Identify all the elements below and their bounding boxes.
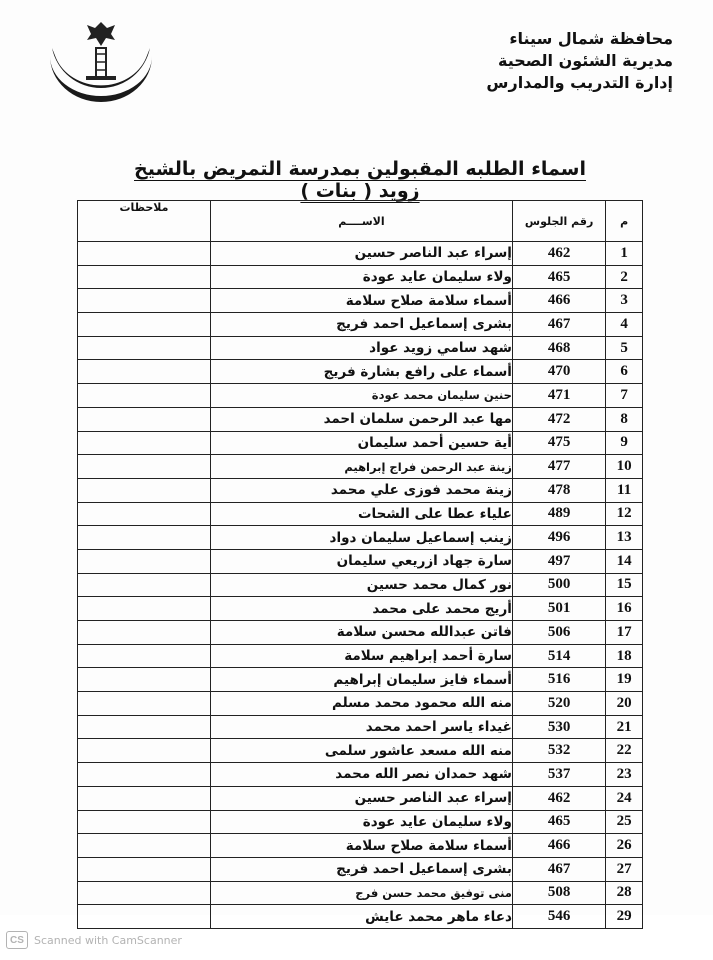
row-student-name: منه الله محمود محمد مسلم bbox=[210, 692, 512, 716]
row-seat-number: 537 bbox=[512, 763, 605, 787]
row-notes bbox=[78, 573, 211, 597]
row-index: 5 bbox=[606, 336, 643, 360]
table-row: 2465ولاء سليمان عايد عودة bbox=[78, 265, 643, 289]
row-student-name: شهد سامي زويد عواد bbox=[210, 336, 512, 360]
row-index: 3 bbox=[606, 289, 643, 313]
row-index: 24 bbox=[606, 786, 643, 810]
table-row: 23537شهد حمدان نصر الله محمد bbox=[78, 763, 643, 787]
row-index: 21 bbox=[606, 715, 643, 739]
row-notes bbox=[78, 857, 211, 881]
row-student-name: سارة جهاد ازريعي سليمان bbox=[210, 549, 512, 573]
header-notes: ملاحظات bbox=[78, 201, 211, 242]
table-row: 9475أية حسين أحمد سليمان bbox=[78, 431, 643, 455]
row-notes bbox=[78, 715, 211, 739]
row-notes bbox=[78, 644, 211, 668]
row-seat-number: 508 bbox=[512, 881, 605, 905]
row-student-name: أريج محمد على محمد bbox=[210, 597, 512, 621]
row-index: 15 bbox=[606, 573, 643, 597]
document-title: اسماء الطلبه المقبولين بمدرسة التمريض با… bbox=[130, 158, 590, 202]
row-notes bbox=[78, 881, 211, 905]
table-row: 27467بشرى إسماعيل احمد فريج bbox=[78, 857, 643, 881]
table-row: 1462إسراء عبد الناصر حسين bbox=[78, 242, 643, 266]
row-notes bbox=[78, 549, 211, 573]
row-student-name: غيداء ياسر احمد محمد bbox=[210, 715, 512, 739]
table-row: 3466أسماء سلامة صلاح سلامة bbox=[78, 289, 643, 313]
table-row: 14497سارة جهاد ازريعي سليمان bbox=[78, 549, 643, 573]
row-seat-number: 468 bbox=[512, 336, 605, 360]
row-index: 27 bbox=[606, 857, 643, 881]
row-student-name: نور كمال محمد حسين bbox=[210, 573, 512, 597]
table-body: 1462إسراء عبد الناصر حسين2465ولاء سليمان… bbox=[78, 242, 643, 929]
row-index: 29 bbox=[606, 905, 643, 929]
table-row: 4467بشرى إسماعيل احمد فريج bbox=[78, 313, 643, 337]
row-student-name: منه الله مسعد عاشور سلمى bbox=[210, 739, 512, 763]
camscanner-logo-icon: CS bbox=[6, 931, 28, 949]
row-seat-number: 520 bbox=[512, 692, 605, 716]
row-student-name: فاتن عبدالله محسن سلامة bbox=[210, 621, 512, 645]
row-notes bbox=[78, 407, 211, 431]
row-notes bbox=[78, 739, 211, 763]
table-row: 29546دعاء ماهر محمد عايش bbox=[78, 905, 643, 929]
row-seat-number: 514 bbox=[512, 644, 605, 668]
camscanner-watermark: CS Scanned with CamScanner bbox=[6, 931, 182, 949]
row-index: 28 bbox=[606, 881, 643, 905]
table-row: 21530غيداء ياسر احمد محمد bbox=[78, 715, 643, 739]
row-seat-number: 496 bbox=[512, 526, 605, 550]
table-row: 20520منه الله محمود محمد مسلم bbox=[78, 692, 643, 716]
row-seat-number: 467 bbox=[512, 313, 605, 337]
table-row: 12489علياء عطا على الشحات bbox=[78, 502, 643, 526]
row-student-name: علياء عطا على الشحات bbox=[210, 502, 512, 526]
table-row: 18514سارة أحمد إبراهيم سلامة bbox=[78, 644, 643, 668]
table-row: 19516أسماء فايز سليمان إبراهيم bbox=[78, 668, 643, 692]
row-notes bbox=[78, 763, 211, 787]
row-index: 11 bbox=[606, 478, 643, 502]
row-index: 22 bbox=[606, 739, 643, 763]
row-notes bbox=[78, 834, 211, 858]
row-index: 25 bbox=[606, 810, 643, 834]
table-row: 26466أسماء سلامة صلاح سلامة bbox=[78, 834, 643, 858]
row-index: 16 bbox=[606, 597, 643, 621]
governorate-emblem-icon bbox=[42, 18, 160, 106]
row-index: 26 bbox=[606, 834, 643, 858]
table-row: 17506فاتن عبدالله محسن سلامة bbox=[78, 621, 643, 645]
row-student-name: أسماء على رافع بشارة فريج bbox=[210, 360, 512, 384]
row-seat-number: 546 bbox=[512, 905, 605, 929]
row-index: 14 bbox=[606, 549, 643, 573]
row-student-name: سارة أحمد إبراهيم سلامة bbox=[210, 644, 512, 668]
table-row: 6470أسماء على رافع بشارة فريج bbox=[78, 360, 643, 384]
organization-header: محافظة شمال سيناء مديرية الشئون الصحية إ… bbox=[486, 28, 673, 94]
row-notes bbox=[78, 313, 211, 337]
row-student-name: حنين سليمان محمد عودة bbox=[210, 384, 512, 408]
row-student-name: أسماء سلامة صلاح سلامة bbox=[210, 834, 512, 858]
row-seat-number: 472 bbox=[512, 407, 605, 431]
row-index: 1 bbox=[606, 242, 643, 266]
row-index: 6 bbox=[606, 360, 643, 384]
row-index: 4 bbox=[606, 313, 643, 337]
row-seat-number: 475 bbox=[512, 431, 605, 455]
table-row: 10477زينة عبد الرحمن فراج إبراهيم bbox=[78, 455, 643, 479]
row-student-name: زينب إسماعيل سليمان دواد bbox=[210, 526, 512, 550]
row-notes bbox=[78, 289, 211, 313]
row-index: 2 bbox=[606, 265, 643, 289]
row-notes bbox=[78, 242, 211, 266]
row-index: 23 bbox=[606, 763, 643, 787]
row-student-name: بشرى إسماعيل احمد فريج bbox=[210, 857, 512, 881]
row-student-name: مها عبد الرحمن سلمان احمد bbox=[210, 407, 512, 431]
row-seat-number: 506 bbox=[512, 621, 605, 645]
row-notes bbox=[78, 905, 211, 929]
table-row: 28508منى توفيق محمد حسن فرج bbox=[78, 881, 643, 905]
row-notes bbox=[78, 810, 211, 834]
row-seat-number: 477 bbox=[512, 455, 605, 479]
row-index: 19 bbox=[606, 668, 643, 692]
org-department: إدارة التدريب والمدارس bbox=[486, 72, 673, 94]
row-seat-number: 497 bbox=[512, 549, 605, 573]
row-notes bbox=[78, 526, 211, 550]
row-seat-number: 467 bbox=[512, 857, 605, 881]
row-student-name: منى توفيق محمد حسن فرج bbox=[210, 881, 512, 905]
row-notes bbox=[78, 478, 211, 502]
row-notes bbox=[78, 621, 211, 645]
row-notes bbox=[78, 265, 211, 289]
table-row: 16501أريج محمد على محمد bbox=[78, 597, 643, 621]
accepted-students-table: م رقم الجلوس الاســــم ملاحظات 1462إسراء… bbox=[77, 200, 643, 929]
row-seat-number: 530 bbox=[512, 715, 605, 739]
table-header-row: م رقم الجلوس الاســــم ملاحظات bbox=[78, 201, 643, 242]
row-index: 18 bbox=[606, 644, 643, 668]
table-row: 11478زينة محمد فوزى علي محمد bbox=[78, 478, 643, 502]
row-seat-number: 489 bbox=[512, 502, 605, 526]
row-student-name: بشرى إسماعيل احمد فريج bbox=[210, 313, 512, 337]
row-notes bbox=[78, 668, 211, 692]
row-notes bbox=[78, 336, 211, 360]
row-index: 13 bbox=[606, 526, 643, 550]
row-student-name: إسراء عبد الناصر حسين bbox=[210, 786, 512, 810]
row-student-name: أسماء فايز سليمان إبراهيم bbox=[210, 668, 512, 692]
row-student-name: زينة محمد فوزى علي محمد bbox=[210, 478, 512, 502]
table-row: 25465ولاء سليمان عايد عودة bbox=[78, 810, 643, 834]
scanned-page: محافظة شمال سيناء مديرية الشئون الصحية إ… bbox=[0, 0, 713, 915]
row-notes bbox=[78, 786, 211, 810]
row-index: 20 bbox=[606, 692, 643, 716]
header-name: الاســــم bbox=[210, 201, 512, 242]
row-notes bbox=[78, 384, 211, 408]
row-student-name: أسماء سلامة صلاح سلامة bbox=[210, 289, 512, 313]
table-row: 8472مها عبد الرحمن سلمان احمد bbox=[78, 407, 643, 431]
row-seat-number: 466 bbox=[512, 834, 605, 858]
org-governorate: محافظة شمال سيناء bbox=[486, 28, 673, 50]
row-student-name: شهد حمدان نصر الله محمد bbox=[210, 763, 512, 787]
row-student-name: ولاء سليمان عايد عودة bbox=[210, 810, 512, 834]
row-notes bbox=[78, 502, 211, 526]
row-seat-number: 466 bbox=[512, 289, 605, 313]
table-row: 24462إسراء عبد الناصر حسين bbox=[78, 786, 643, 810]
row-index: 7 bbox=[606, 384, 643, 408]
row-index: 12 bbox=[606, 502, 643, 526]
org-directorate: مديرية الشئون الصحية bbox=[486, 50, 673, 72]
row-seat-number: 465 bbox=[512, 265, 605, 289]
row-notes bbox=[78, 455, 211, 479]
row-index: 8 bbox=[606, 407, 643, 431]
row-notes bbox=[78, 431, 211, 455]
table-row: 22532منه الله مسعد عاشور سلمى bbox=[78, 739, 643, 763]
row-student-name: أية حسين أحمد سليمان bbox=[210, 431, 512, 455]
row-seat-number: 471 bbox=[512, 384, 605, 408]
table-row: 7471حنين سليمان محمد عودة bbox=[78, 384, 643, 408]
row-seat-number: 500 bbox=[512, 573, 605, 597]
row-student-name: دعاء ماهر محمد عايش bbox=[210, 905, 512, 929]
row-seat-number: 516 bbox=[512, 668, 605, 692]
row-notes bbox=[78, 360, 211, 384]
row-student-name: إسراء عبد الناصر حسين bbox=[210, 242, 512, 266]
table-row: 5468شهد سامي زويد عواد bbox=[78, 336, 643, 360]
table-row: 15500نور كمال محمد حسين bbox=[78, 573, 643, 597]
row-seat-number: 478 bbox=[512, 478, 605, 502]
row-seat-number: 532 bbox=[512, 739, 605, 763]
header-seat-number: رقم الجلوس bbox=[512, 201, 605, 242]
row-notes bbox=[78, 597, 211, 621]
row-seat-number: 501 bbox=[512, 597, 605, 621]
row-student-name: ولاء سليمان عايد عودة bbox=[210, 265, 512, 289]
row-seat-number: 465 bbox=[512, 810, 605, 834]
header-index: م bbox=[606, 201, 643, 242]
row-notes bbox=[78, 692, 211, 716]
row-index: 9 bbox=[606, 431, 643, 455]
watermark-text: Scanned with CamScanner bbox=[34, 934, 182, 947]
row-index: 10 bbox=[606, 455, 643, 479]
row-seat-number: 470 bbox=[512, 360, 605, 384]
row-student-name: زينة عبد الرحمن فراج إبراهيم bbox=[210, 455, 512, 479]
row-index: 17 bbox=[606, 621, 643, 645]
row-seat-number: 462 bbox=[512, 242, 605, 266]
row-seat-number: 462 bbox=[512, 786, 605, 810]
table-row: 13496زينب إسماعيل سليمان دواد bbox=[78, 526, 643, 550]
